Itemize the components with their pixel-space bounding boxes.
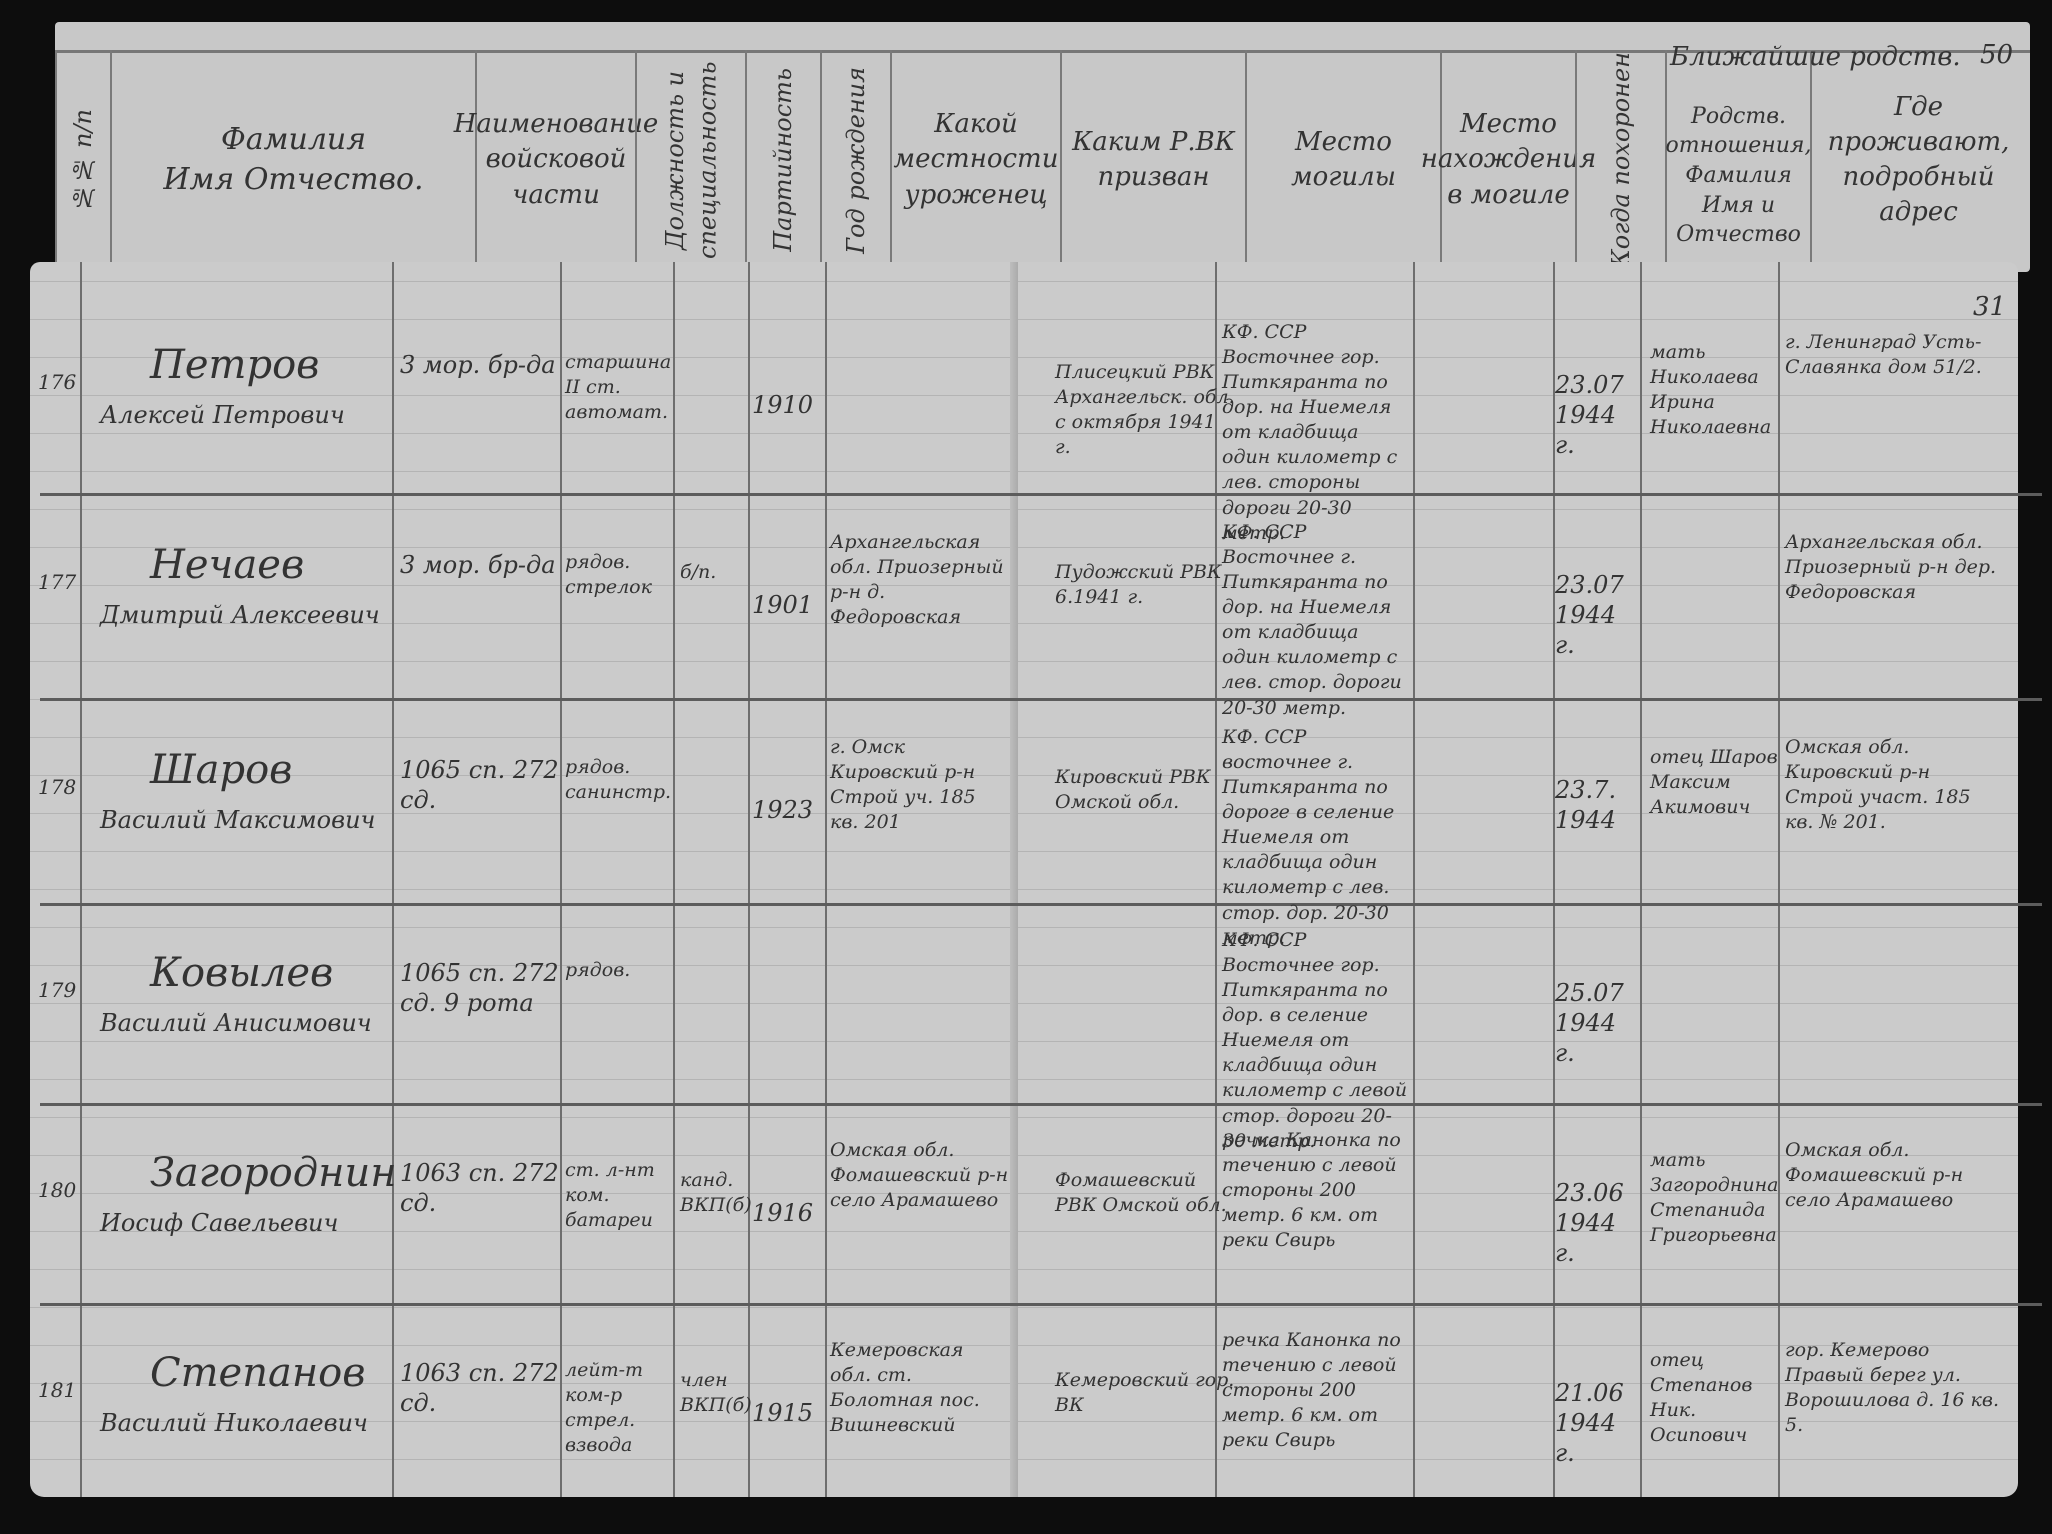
next-of-kin: мать Загороднина Степанида Григорьевна	[1650, 1148, 1780, 1248]
header-col-party: Партийность	[745, 50, 820, 270]
burial-date: 23.07 1944 г.	[1555, 570, 1635, 660]
given-name: Василий Анисимович	[100, 1008, 390, 1038]
burial-date: 21.06 1944 г.	[1555, 1378, 1635, 1468]
rule	[1778, 262, 1780, 1497]
rule	[825, 262, 827, 1497]
kin-address: Омская обл. Кировский р-н Строй участ. 1…	[1785, 735, 2000, 835]
page-number-right: 31	[1973, 292, 2006, 322]
rank: старшина II ст. автомат.	[565, 350, 675, 425]
header-strip: №№ п/п Фамилия Имя Отчество. Наименовани…	[55, 22, 2030, 272]
kin-address: г. Ленинград Усть-Славянка дом 51/2.	[1785, 330, 2000, 380]
origin: Омская обл. Фомашевский р-н село Арамаше…	[830, 1138, 1010, 1213]
party-membership: канд. ВКП(б)	[680, 1168, 750, 1218]
kin-address: Архангельская обл. Приозерный р-н дер. Ф…	[1785, 530, 2000, 605]
draft-office: Плисецкий РВК Архангельск. обл. с октябр…	[1055, 360, 1235, 460]
header-col-rank: Должность и специальность	[635, 50, 745, 270]
header-col-address: Где проживают, подробный адрес	[1810, 50, 2025, 270]
burial-date: 23.7. 1944	[1555, 775, 1635, 835]
next-of-kin: отец Степанов Ник. Осипович	[1650, 1348, 1780, 1448]
next-of-kin: отец Шаров Максим Акимович	[1650, 745, 1780, 820]
grave-location: КФ. ССР Восточнее г. Питкяранта по дор. …	[1222, 520, 1412, 721]
header-col-rvk: Каким Р.ВК призван	[1060, 50, 1245, 270]
rule	[392, 262, 394, 1497]
header-col-kin: Родств. отношения, Фамилия Имя и Отчеств…	[1665, 50, 1810, 270]
row-divider	[40, 698, 2042, 701]
row-number: 176	[38, 370, 78, 394]
burial-date: 23.07 1944 г.	[1555, 370, 1635, 460]
surname: Ковылев	[150, 948, 333, 998]
birth-year: 1901	[752, 590, 827, 620]
birth-year: 1916	[752, 1198, 827, 1228]
header-col-name: Фамилия Имя Отчество.	[110, 50, 475, 270]
military-unit: 3 мор. бр-да	[400, 550, 565, 580]
rule	[748, 262, 750, 1497]
grave-location: КФ. ССР Восточнее гор. Питкяранта по дор…	[1222, 320, 1412, 546]
rule	[673, 262, 675, 1497]
burial-date: 23.06 1944 г.	[1555, 1178, 1635, 1268]
rank: ст. л-нт ком. батареи	[565, 1158, 675, 1233]
row-number: 179	[38, 978, 78, 1002]
given-name: Алексей Петрович	[100, 400, 390, 430]
next-of-kin: мать Николаева Ирина Николаевна	[1650, 340, 1780, 440]
rule	[1640, 262, 1642, 1497]
military-unit: 3 мор. бр-да	[400, 350, 565, 380]
surname: Нечаев	[150, 540, 304, 590]
header-col-unit: Наименование войсковой части	[475, 50, 635, 270]
rule	[560, 262, 562, 1497]
grave-location: КФ. ССР Восточнее гор. Питкяранта по дор…	[1222, 928, 1412, 1154]
origin: Кемеровская обл. ст. Болотная пос. Вишне…	[830, 1338, 1010, 1438]
row-divider	[40, 903, 2042, 906]
grave-location: речка Канонка по течению с левой стороны…	[1222, 1128, 1412, 1253]
row-number: 177	[38, 570, 78, 594]
header-col-buried: Когда похоронен	[1575, 50, 1665, 270]
draft-office: Кировский РВК Омской обл.	[1055, 765, 1235, 815]
given-name: Иосиф Савельевич	[100, 1208, 390, 1238]
birth-year: 1923	[752, 795, 827, 825]
military-unit: 1065 сп. 272 сд. 9 рота	[400, 958, 565, 1018]
row-number: 178	[38, 775, 78, 799]
grave-location: речка Канонка по течению с левой стороны…	[1222, 1328, 1412, 1453]
burial-date: 25.07 1944 г.	[1555, 978, 1635, 1068]
header-col-num: №№ п/п	[55, 50, 110, 270]
row-number: 181	[38, 1378, 78, 1402]
party-membership: член ВКП(б)	[680, 1368, 750, 1418]
row-divider	[40, 493, 2042, 496]
origin: г. Омск Кировский р-н Строй уч. 185 кв. …	[830, 735, 1010, 835]
rank: рядов. стрелок	[565, 550, 675, 600]
origin: Архангельская обл. Приозерный р-н д. Фед…	[830, 530, 1010, 630]
draft-office: Кемеровский гор. ВК	[1055, 1368, 1235, 1418]
rule	[80, 262, 82, 1497]
surname: Загороднин	[150, 1148, 397, 1198]
surname: Степанов	[150, 1348, 366, 1398]
kin-address: гор. Кемерово Правый берег ул. Ворошилов…	[1785, 1338, 2000, 1438]
draft-office: Фомашевский РВК Омской обл.	[1055, 1168, 1235, 1218]
draft-office: Пудожский РВК 6.1941 г.	[1055, 560, 1235, 610]
given-name: Дмитрий Алексеевич	[100, 600, 390, 630]
surname: Петров	[150, 340, 319, 390]
row-divider	[40, 1103, 2042, 1106]
grave-location: КФ. ССР восточнее г. Питкяранта по дорог…	[1222, 725, 1412, 951]
military-unit: 1063 сп. 272 сд.	[400, 1158, 565, 1218]
header-kin-group: Ближайшие родств.	[1670, 42, 1961, 72]
header-columns: №№ п/п Фамилия Имя Отчество. Наименовани…	[55, 50, 2030, 270]
military-unit: 1063 сп. 272 сд.	[400, 1358, 565, 1418]
header-col-born: Год рождения	[820, 50, 890, 270]
surname: Шаров	[150, 745, 292, 795]
party-membership: б/п.	[680, 560, 750, 585]
birth-year: 1915	[752, 1398, 827, 1428]
kin-address: Омская обл. Фомашевский р-н село Арамаше…	[1785, 1138, 2000, 1213]
left-page	[30, 262, 1018, 1497]
given-name: Василий Максимович	[100, 805, 390, 835]
page-number-header: 50	[1980, 40, 2013, 70]
rank: рядов.	[565, 958, 675, 983]
header-col-grave: Место могилы	[1245, 50, 1440, 270]
rule	[1413, 262, 1415, 1497]
rank: лейт-т ком-р стрел. взвода	[565, 1358, 675, 1458]
given-name: Василий Николаевич	[100, 1408, 390, 1438]
row-number: 180	[38, 1178, 78, 1202]
header-col-position: Место нахождения в могиле	[1440, 50, 1575, 270]
header-col-origin: Какой местности уроженец	[890, 50, 1060, 270]
row-divider	[40, 1303, 2042, 1306]
rank: рядов. санинстр.	[565, 755, 675, 805]
birth-year: 1910	[752, 390, 827, 420]
military-unit: 1065 сп. 272 сд.	[400, 755, 565, 815]
